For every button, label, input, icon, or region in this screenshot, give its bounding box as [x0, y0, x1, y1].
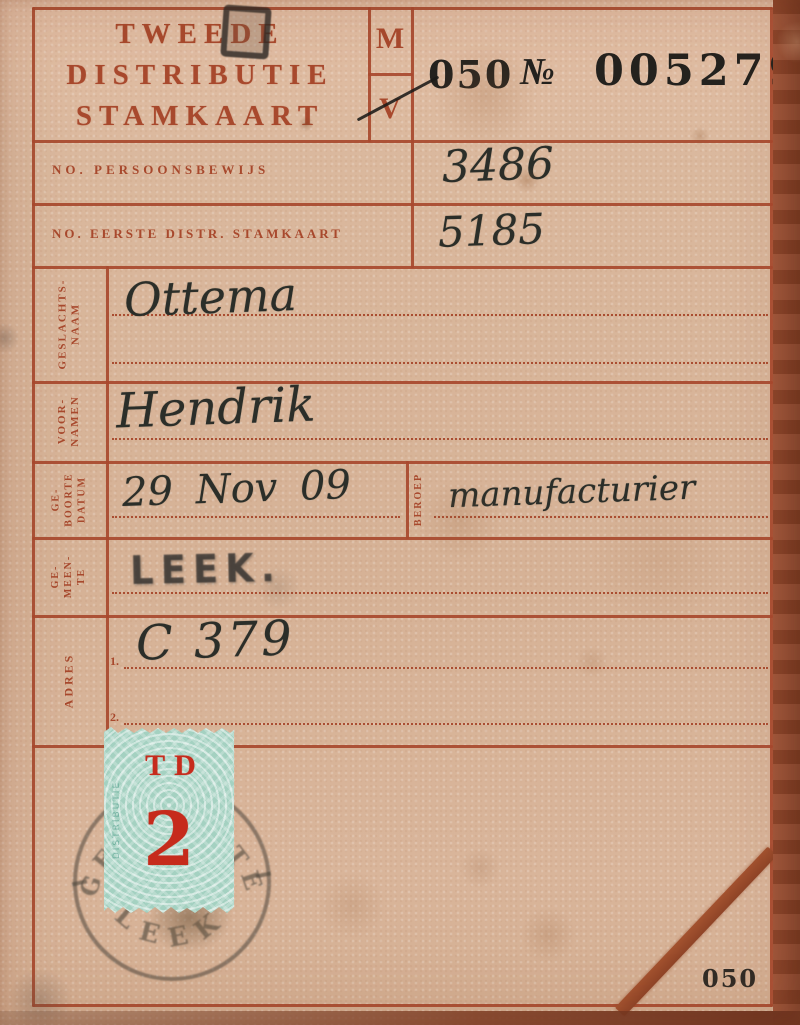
td2-revenue-stamp: TD 2 DISTRIBUTIE NEDERLAND	[104, 727, 234, 913]
label-adres: ADRES	[32, 615, 106, 745]
grid-line	[32, 7, 773, 10]
serial-prefix: 050	[428, 52, 513, 97]
grid-line	[32, 140, 773, 143]
label-line: TE	[76, 554, 89, 597]
label-line: NAAM	[69, 278, 82, 369]
dotted-line	[112, 438, 768, 440]
numero-sign: №	[520, 50, 555, 94]
grid-line	[32, 537, 773, 540]
grid-line	[368, 73, 413, 76]
value-eerste-stamkaart: 5185	[437, 204, 546, 257]
grid-line	[32, 461, 773, 464]
handwritten-surname: Ottema	[123, 267, 298, 327]
dotted-line	[434, 516, 768, 518]
card-title: TWEEDE DISTRIBUTIE STAMKAART	[32, 14, 368, 137]
stamp-watermark-left: DISTRIBUTIE	[112, 781, 122, 859]
label-geslachtsnaam: GESLACHTS- NAAM	[32, 266, 106, 381]
dotted-line	[112, 516, 400, 518]
handwritten-firstname: Hendrik	[115, 377, 316, 440]
grid-line	[32, 1004, 773, 1007]
label-line: MEEN-	[63, 554, 76, 597]
label-line: NAMEN	[69, 395, 82, 447]
stamp-td-text: TD	[104, 749, 240, 783]
label-line: BOORTE	[63, 472, 76, 526]
adres-line2-marker: 2.	[110, 710, 119, 725]
stamp-value-2: 2	[104, 797, 234, 883]
handwritten-address: C 379	[135, 610, 295, 672]
label-line: DATUM	[76, 472, 89, 526]
label-eerste-stamkaart: NO. EERSTE DISTR. STAMKAART	[52, 226, 343, 242]
label-line: GE-	[50, 554, 63, 597]
municipality-name-stamp: LEEK.	[130, 545, 283, 593]
label-beroep: BEROEP	[406, 461, 432, 538]
gender-option-m: M	[368, 22, 412, 56]
label-voornamen: VOOR- NAMEN	[32, 381, 106, 461]
label-line: VOOR-	[56, 395, 69, 447]
title-line-1: TWEEDE	[32, 14, 368, 55]
title-line-2: DISTRIBUTIE	[32, 55, 368, 96]
corner-code: 050	[702, 964, 758, 993]
label-geboortedatum: GE- BOORTE DATUM	[32, 461, 106, 537]
label-line: GESLACHTS-	[56, 278, 69, 369]
dotted-line	[112, 592, 768, 594]
title-line-3: STAMKAART	[32, 96, 368, 137]
adres-line1-marker: 1.	[110, 654, 119, 669]
label-line: BEROEP	[413, 473, 426, 526]
dotted-line	[112, 362, 768, 364]
label-line: GE-	[50, 472, 63, 526]
ink-smudge	[220, 4, 272, 59]
dotted-line	[124, 723, 768, 725]
serial-number: 005279	[594, 46, 800, 96]
card-worn-bottom-edge	[0, 1011, 800, 1025]
label-gemeente: GE- MEEN- TE	[32, 537, 106, 615]
grid-line	[32, 266, 773, 269]
ration-card-document: TWEEDE DISTRIBUTIE STAMKAART M V 050 № 0…	[0, 0, 800, 1025]
value-persoonsbewijs: 3486	[441, 138, 555, 193]
grid-line	[32, 203, 773, 206]
card-worn-right-edge	[773, 0, 800, 1025]
label-persoonsbewijs: NO. PERSOONSBEWIJS	[52, 162, 269, 178]
grid-line	[106, 266, 109, 747]
handwritten-birthdate: 29 Nov 09	[121, 462, 351, 516]
label-line: ADRES	[63, 652, 76, 708]
handwritten-occupation: manufacturier	[447, 468, 696, 517]
